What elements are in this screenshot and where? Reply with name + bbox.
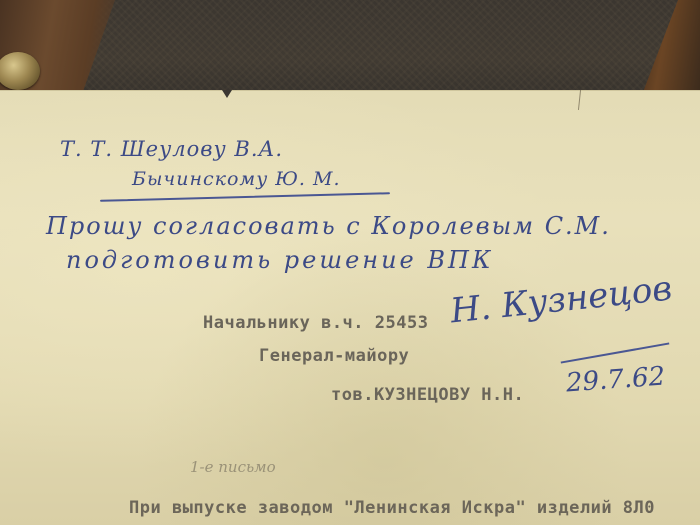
typed-recipient-unit: Начальнику в.ч. 25453 bbox=[203, 313, 428, 333]
pencil-note: 1-е письмо bbox=[190, 458, 276, 476]
typed-body-first-line: При выпуске заводом "Ленинская Искра" из… bbox=[129, 498, 655, 518]
typed-recipient-rank: Генерал-майору bbox=[259, 346, 409, 366]
handwritten-resolution-line-1: Прошу согласовать с Королевым С.М. bbox=[46, 212, 611, 240]
handwritten-addressee-2: Бычинскому Ю. М. bbox=[132, 168, 341, 190]
typed-recipient-name: тов.КУЗНЕЦОВУ Н.Н. bbox=[331, 385, 524, 405]
handwritten-resolution-line-2: подготовить решение ВПК bbox=[66, 246, 494, 274]
handwritten-addressee-1: Т. Т. Шеулову В.А. bbox=[60, 137, 283, 161]
paper-tear-notch bbox=[222, 90, 232, 98]
